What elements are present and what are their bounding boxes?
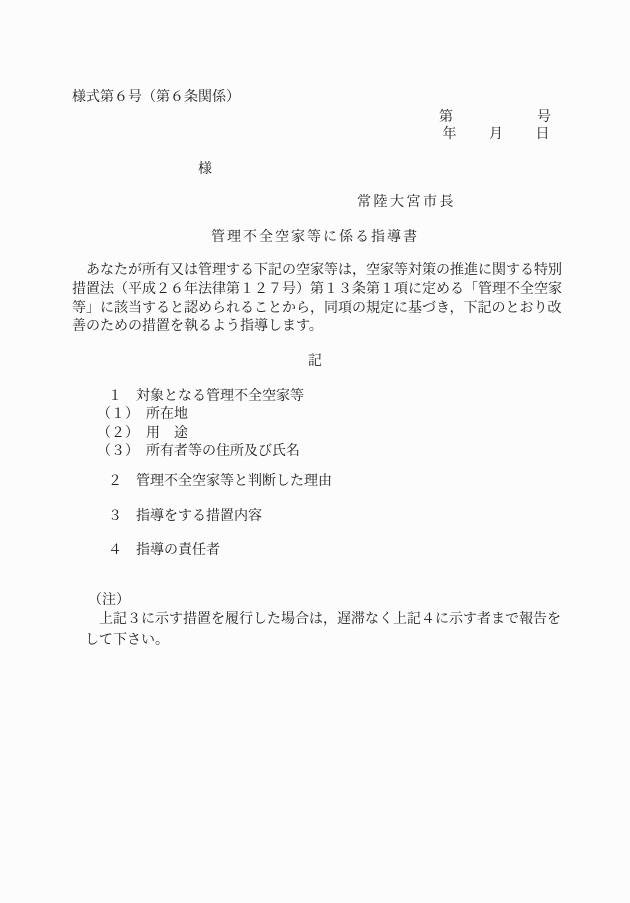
- list-item-1-3: （３） 所有者等の住所及び氏名: [97, 445, 300, 459]
- document-number-blank: 第 号: [439, 111, 551, 125]
- list-item-1: １ 対象となる管理不全空家等: [108, 390, 304, 404]
- list-item-3: ３ 指導をする措置内容: [108, 510, 262, 524]
- list-item-4: ４ 指導の責任者: [108, 544, 220, 558]
- list-item-1-1: （１） 所在地: [97, 408, 188, 422]
- document-title: 管理不全空家等に係る指導書: [0, 231, 630, 245]
- recipient-honorific: 様: [198, 163, 212, 177]
- body-paragraph-line-4: 善のための措置を執るよう指導します。: [72, 320, 323, 334]
- sender-name: 常陸大宮市長: [357, 196, 456, 210]
- note-label: （注）: [88, 594, 130, 608]
- form-number-label: 様式第６号（第６条関係）: [72, 91, 240, 105]
- document-page: 様式第６号（第６条関係） 第 号 年 月 日 様 常陸大宮市長 管理不全空家等に…: [0, 0, 630, 903]
- record-marker: 記: [0, 355, 630, 369]
- list-item-2: ２ 管理不全空家等と判断した理由: [108, 475, 332, 489]
- body-paragraph-line-3: 等」に該当すると認められることから，同項の規定に基づき，下記のとおり改: [72, 302, 561, 316]
- list-item-1-2: （２） 用 途: [97, 427, 188, 441]
- note-text-line-2: して下さい。: [85, 634, 169, 648]
- body-paragraph-line-1: あなたが所有又は管理する下記の空家等は，空家等対策の推進に関する特別: [72, 264, 562, 278]
- body-paragraph-line-2: 措置法（平成２６年法律第１２７号）第１３条第１項に定める「管理不全空家: [72, 283, 562, 297]
- date-blank: 年 月 日: [443, 128, 552, 142]
- note-text-line-1: 上記３に示す措置を履行した場合は，遅滞なく上記４に示す者まで報告を: [85, 613, 561, 627]
